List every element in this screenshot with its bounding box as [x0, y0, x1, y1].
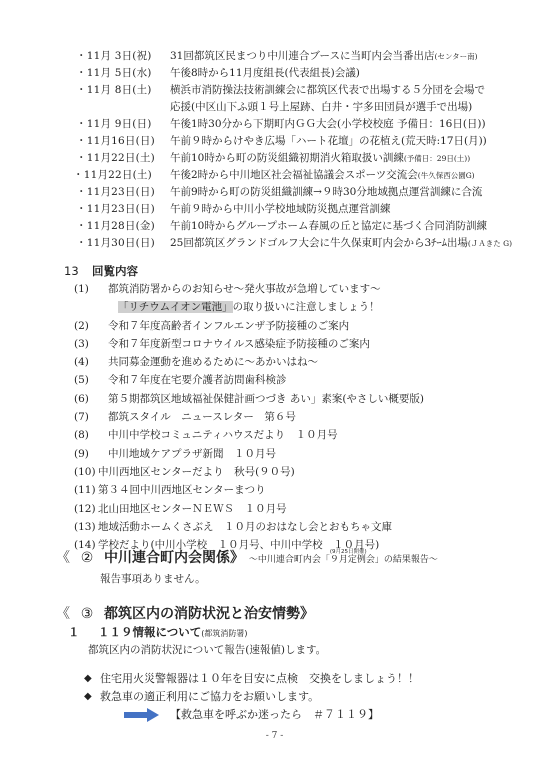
- section-body: 報告事項ありません。: [56, 570, 536, 588]
- diamond-bullet-icon: ◆: [84, 670, 100, 688]
- circulation-item: (7)都筑スタイル ニュースレター 第６号: [74, 408, 534, 426]
- document-page: ・11月 3日(祝) 31回都筑区民まつり中川連合ブースに当町内会当番出店(セン…: [0, 0, 549, 776]
- section-heading: 《③都筑区内の消防状況と治安情勢》: [56, 604, 536, 624]
- schedule-date: ・11月 3日(祝): [76, 48, 170, 65]
- circulation-item: (13)地域活動ホームくさぶえ １０月のおはなし会とおもちゃ文庫: [74, 518, 534, 536]
- schedule-row-continued: 応援(中区山下ふ頭１号上屋跡、白井・宇多田団員が選手で出場): [76, 99, 546, 116]
- schedule-text: 午前10時から町の防災組織初期消火箱取扱い訓練(予備日：29日(土)): [170, 150, 470, 167]
- circulation-item: (2)令和７年度高齢者インフルエンザ予防接種のご案内: [74, 317, 534, 335]
- bullet-item: ◆ 住宅用火災警報器は１０年を目安に点検 交換をしましょう！！: [84, 670, 524, 688]
- item-number: (10): [74, 463, 98, 481]
- hotline-text: 【救急車を呼ぶか迷ったら ＃７１１９】: [170, 706, 379, 724]
- subsection-note: (都筑消防署): [201, 629, 247, 638]
- schedule-text: 応援(中区山下ふ頭１号上屋跡、白井・宇多田団員が選手で出場): [170, 99, 472, 116]
- schedule-text: 25回都筑区グランドゴルフ大会に牛久保東町内会から3ﾁｰﾑ出場(ＪＡきた G): [170, 235, 512, 252]
- schedule-date: ・11月22日(土): [73, 167, 170, 184]
- section-heading: 《②中川連合町内会関係》 ～中川連合町内会「(9月25日開催)９月定例会」の結果…: [56, 548, 536, 570]
- item-number: (1): [74, 280, 108, 298]
- circulation-item: (12)北山田地区センターＮＥＷＳ １０月号: [74, 500, 534, 518]
- schedule-row: ・11月 5日(水) 午後8時から11月度組長(代表組長)会議): [76, 65, 546, 82]
- item-text: 中川西地区センターだより 秋号(９０号): [98, 463, 295, 481]
- item-text: 都筑スタイル ニュースレター 第６号: [108, 408, 296, 426]
- ruby-annotation: (9月25日開催): [330, 542, 367, 562]
- fire-safety-section: 《③都筑区内の消防状況と治安情勢》 １１１９情報について(都筑消防署) 都筑区内…: [56, 604, 536, 659]
- bullet-text: 救急車の適正利用にご協力をお願いします。: [100, 688, 319, 706]
- schedule-text: 午後1時30分から下期町内ＧＧ大会(小学校校庭 予備日：16日(日)): [170, 116, 486, 133]
- item-text: 第５期都筑区地域福祉保健計画つづき あい」素案(やさしい概要版): [108, 390, 424, 408]
- schedule-date: ・11月 8日(土): [76, 82, 170, 99]
- item-text: 共同募金運動を進めるために～あかいはね～: [108, 353, 318, 371]
- item-number: (13): [74, 518, 98, 536]
- item-text: 地域活動ホームくさぶえ １０月のおはなし会とおもちゃ文庫: [98, 518, 392, 536]
- diamond-bullet-icon: ◆: [84, 688, 100, 706]
- schedule-text: 31回都筑区民まつり中川連合ブースに当町内会当番出店(センター南): [170, 48, 478, 65]
- item-number: (6): [74, 390, 108, 408]
- item-text: 令和７年度高齢者インフルエンザ予防接種のご案内: [108, 317, 349, 335]
- schedule-date: ・11月16日(日): [76, 133, 170, 150]
- subsection-title: １１９情報について: [98, 625, 201, 639]
- schedule-date: ・11月 5日(水): [76, 65, 170, 82]
- section-number: ②: [70, 548, 104, 568]
- schedule-text: 午後2時から中川地区社会福祉協議会スポーツ交流会(牛久保西公園G): [170, 167, 475, 184]
- schedule-text: 午前9時から町の防災組織訓練→９時30分地域拠点運営訓練に合流: [170, 184, 482, 201]
- item-text: の取り扱いに注意しましょう！: [233, 301, 380, 313]
- section-heading: 13回覧内容: [64, 262, 534, 280]
- section-title: 都筑区内の消防状況と治安情勢》: [104, 606, 314, 622]
- schedule-text: 午前10時からグループホーム春風の丘と協定に基づく合同消防訓練: [170, 218, 487, 235]
- schedule-row: ・11月 3日(祝) 31回都筑区民まつり中川連合ブースに当町内会当番出店(セン…: [76, 48, 546, 65]
- item-number: (11): [74, 481, 98, 499]
- item-text: 令和７年度在宅要介護者訪問歯科検診: [108, 371, 287, 389]
- circulation-item: (4)共同募金運動を進めるために～あかいはね～: [74, 353, 534, 371]
- bracket: 《: [56, 550, 70, 566]
- item-text: 令和７年度新型コロナウイルス感染症予防接種のご案内: [108, 335, 370, 353]
- schedule-text: 午前９時からけやき広場「ハート花壇」の花植え(荒天時:17日(月)): [170, 133, 487, 150]
- item-number: (8): [74, 426, 108, 444]
- schedule-text: 横浜市消防操法技術訓練会に都筑区代表で出場する５分団を会場で: [170, 82, 485, 99]
- schedule-row: ・11月23日(日) 午前９時から中川小学校地域防災拠点運営訓練: [76, 201, 546, 218]
- item-number: (12): [74, 500, 98, 518]
- section-number: 13: [64, 262, 92, 280]
- right-arrow-icon: [124, 710, 160, 720]
- item-number: (7): [74, 408, 108, 426]
- emergency-hotline-row: 【救急車を呼ぶか迷ったら ＃７１１９】: [124, 706, 524, 724]
- schedule-row: ・11月23日(日) 午前9時から町の防災組織訓練→９時30分地域拠点運営訓練に…: [76, 184, 546, 201]
- schedule-date: ・11月 9日(日): [76, 116, 170, 133]
- section-number: ③: [70, 604, 104, 624]
- subsection-heading: １１１９情報について(都筑消防署): [56, 624, 536, 642]
- schedule-row: ・11月16日(日) 午前９時からけやき広場「ハート花壇」の花植え(荒天時:17…: [76, 133, 546, 150]
- item-number: (9): [74, 445, 108, 463]
- schedule-date: ・11月23日(日): [76, 184, 170, 201]
- schedule-row: ・11月28日(金) 午前10時からグループホーム春風の丘と協定に基づく合同消防…: [76, 218, 546, 235]
- schedule-row: ・11月 9日(日) 午後1時30分から下期町内ＧＧ大会(小学校校庭 予備日：1…: [76, 116, 546, 133]
- circulation-item-continued: 「リチウムイオン電池」の取り扱いに注意しましょう！: [74, 298, 534, 316]
- section-body: 都筑区内の消防状況について報告(速報値)します。: [56, 642, 536, 659]
- circulation-item: (10)中川西地区センターだより 秋号(９０号): [74, 463, 534, 481]
- schedule-list: ・11月 3日(祝) 31回都筑区民まつり中川連合ブースに当町内会当番出店(セン…: [76, 48, 546, 252]
- item-number: (5): [74, 371, 108, 389]
- federation-section: 《②中川連合町内会関係》 ～中川連合町内会「(9月25日開催)９月定例会」の結果…: [56, 548, 536, 588]
- schedule-text: 午後8時から11月度組長(代表組長)会議): [170, 65, 360, 82]
- schedule-row: ・11月30日(日) 25回都筑区グランドゴルフ大会に牛久保東町内会から3ﾁｰﾑ…: [76, 235, 546, 252]
- circulation-item: (1) 都筑消防署からのお知らせ～発火事故が急増しています～: [74, 280, 534, 298]
- section-title: 中川連合町内会関係》: [104, 550, 244, 566]
- item-text: 中川地域ケアプラザ新聞 １０月号: [108, 445, 276, 463]
- circulation-item: (5)令和７年度在宅要介護者訪問歯科検診: [74, 371, 534, 389]
- bullet-text: 住宅用火災警報器は１０年を目安に点検 交換をしましょう！！: [100, 670, 419, 688]
- circulation-item: (6)第５期都筑区地域福祉保健計画つづき あい」素案(やさしい概要版): [74, 390, 534, 408]
- schedule-row: ・11月 8日(土) 横浜市消防操法技術訓練会に都筑区代表で出場する５分団を会場…: [76, 82, 546, 99]
- circulation-item: (8)中川中学校コミュニティハウスだより １０月号: [74, 426, 534, 444]
- bracket: 《: [56, 606, 70, 622]
- bullet-list: ◆ 住宅用火災警報器は１０年を目安に点検 交換をしましょう！！ ◆ 救急車の適正…: [84, 670, 524, 724]
- schedule-date: ・11月22日(土): [76, 150, 170, 167]
- schedule-date: ・11月23日(日): [76, 201, 170, 218]
- item-text: 第３４回中川西地区センターまつり: [98, 481, 266, 499]
- item-number: (3): [74, 335, 108, 353]
- page-number: - 7 -: [0, 731, 549, 741]
- circulation-item: (11)第３４回中川西地区センターまつり: [74, 481, 534, 499]
- item-text: 都筑消防署からのお知らせ～発火事故が急増しています～: [108, 280, 381, 298]
- subsection-number: １: [68, 624, 98, 641]
- circulation-item: (3)令和７年度新型コロナウイルス感染症予防接種のご案内: [74, 335, 534, 353]
- schedule-row: ・11月22日(土) 午前10時から町の防災組織初期消火箱取扱い訓練(予備日：2…: [76, 150, 546, 167]
- section-subtitle: ～中川連合町内会「(9月25日開催)９月定例会」の結果報告～: [249, 555, 438, 565]
- schedule-date: ・11月30日(日): [76, 235, 170, 252]
- circulation-section: 13回覧内容 (1) 都筑消防署からのお知らせ～発火事故が急増しています～ 「リ…: [64, 262, 534, 554]
- item-number: (2): [74, 317, 108, 335]
- circulation-item: (9)中川地域ケアプラザ新聞 １０月号: [74, 445, 534, 463]
- schedule-date: ・11月28日(金): [76, 218, 170, 235]
- item-number: (4): [74, 353, 108, 371]
- schedule-text: 午前９時から中川小学校地域防災拠点運営訓練: [170, 201, 391, 218]
- highlighted-text: 「リチウムイオン電池」: [118, 301, 233, 313]
- section-title: 回覧内容: [92, 264, 138, 278]
- schedule-row: ・11月22日(土) 午後2時から中川地区社会福祉協議会スポーツ交流会(牛久保西…: [76, 167, 546, 184]
- bullet-item: ◆ 救急車の適正利用にご協力をお願いします。: [84, 688, 524, 706]
- item-text: 中川中学校コミュニティハウスだより １０月号: [108, 426, 338, 444]
- item-text: 北山田地区センターＮＥＷＳ １０月号: [98, 500, 287, 518]
